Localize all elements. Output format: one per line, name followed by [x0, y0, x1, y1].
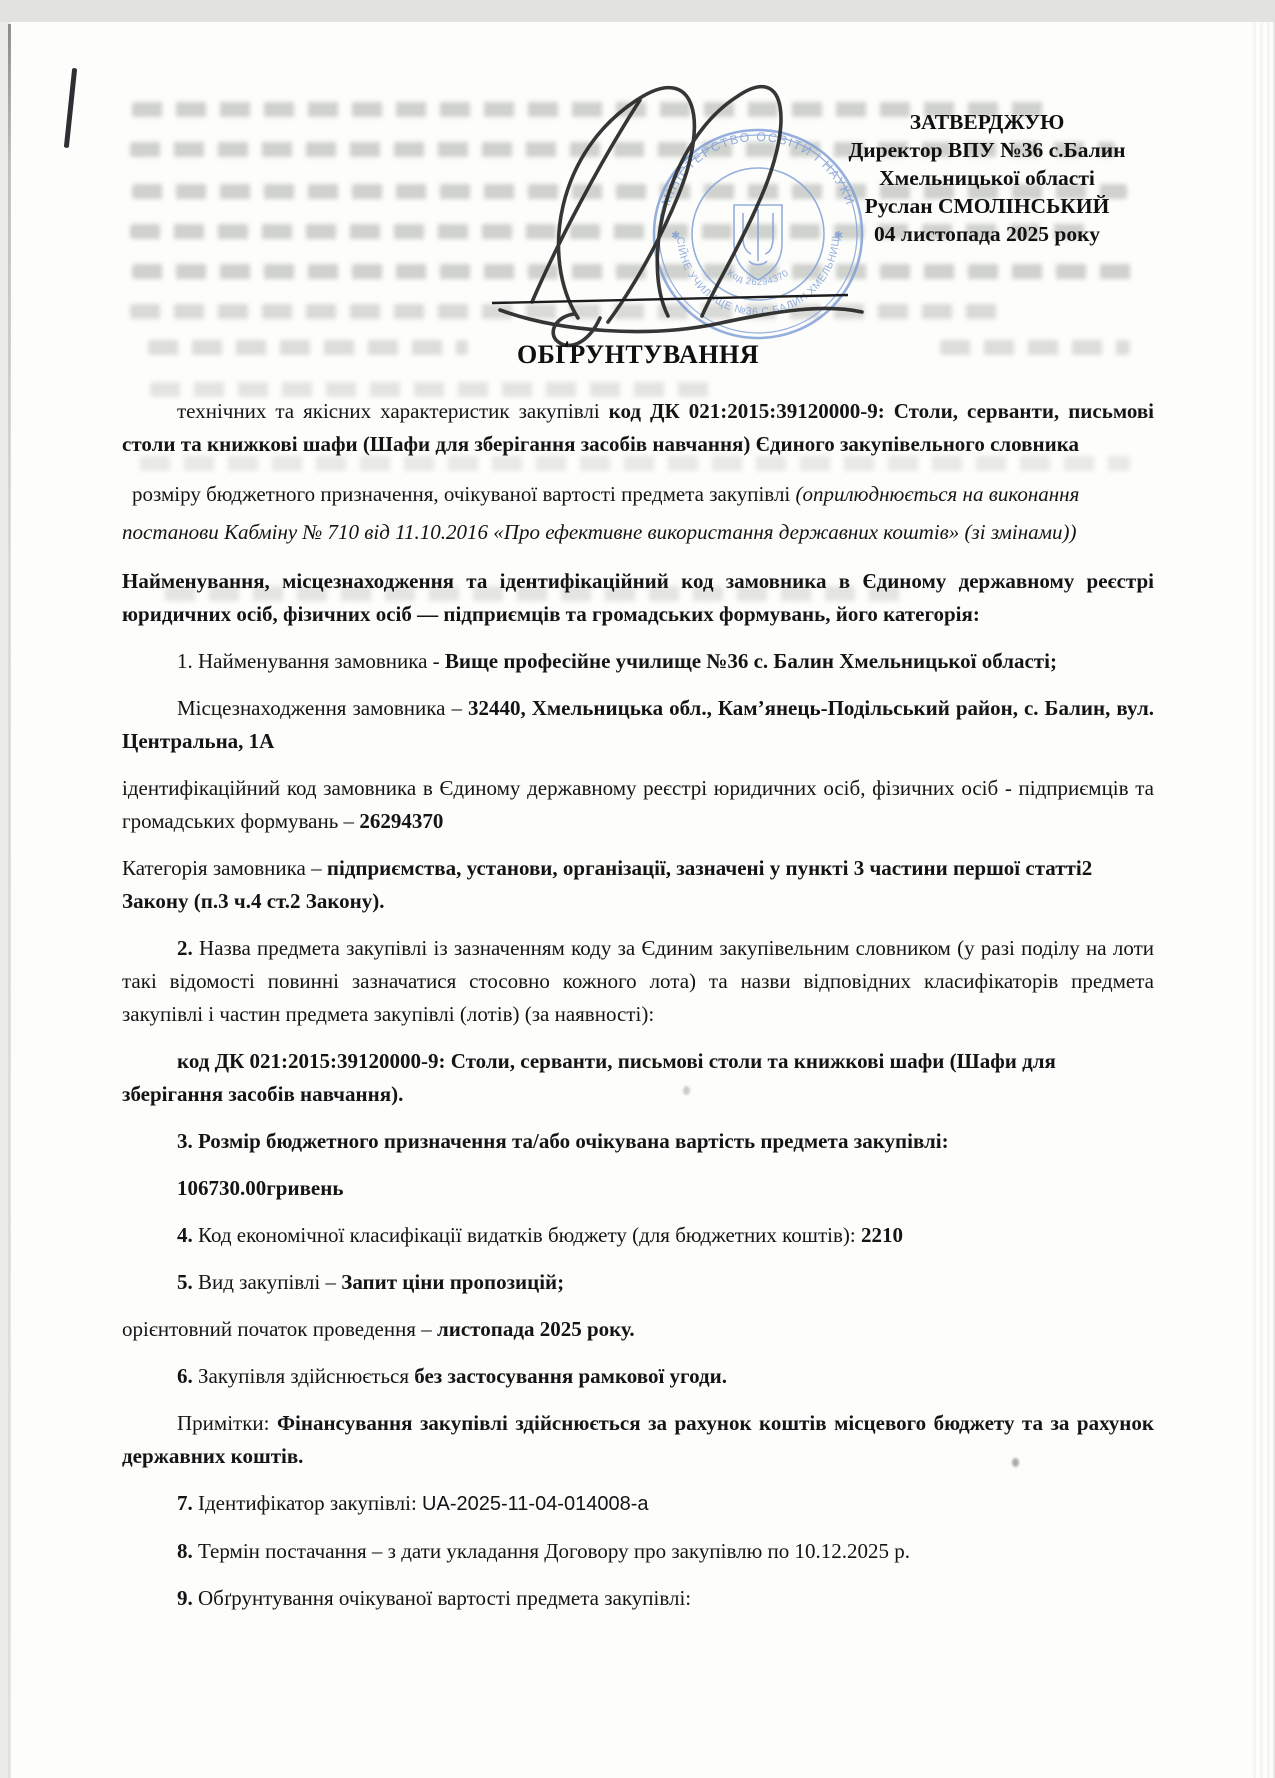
text-run: ідентифікаційний код замовника в Єдиному…	[122, 776, 1154, 833]
text-run: код ДК 021:2015:39120000-9: Столи, серва…	[122, 1049, 1056, 1106]
text-run: Закупівля здійснюється	[193, 1364, 415, 1388]
text-run: Запит ціни пропозицій;	[341, 1270, 564, 1294]
scan-top-band	[0, 0, 1275, 22]
text-run: Фінансування закупівлі здійснюється за р…	[122, 1411, 1154, 1468]
para-item9: 9. Обґрунтування очікуваної вартості пре…	[122, 1582, 1154, 1615]
text-run: 106730.00гривень	[177, 1176, 343, 1200]
para-item4: 4. Код економічної класифікації видатків…	[122, 1219, 1154, 1252]
document-title: ОБҐРУНТУВАННЯ	[122, 338, 1154, 371]
text-run: 4.	[177, 1223, 193, 1247]
text-run: 9.	[177, 1586, 193, 1610]
bleed-through-line	[132, 264, 1132, 279]
para-item7: 7. Ідентифікатор закупівлі: UA-2025-11-0…	[122, 1487, 1154, 1521]
text-run: 26294370	[359, 809, 443, 833]
scan-right-streaks	[1253, 22, 1275, 1778]
text-run: 7.	[177, 1491, 193, 1515]
document-body: ОБҐРУНТУВАННЯ технічних та якісних харак…	[122, 338, 1154, 1629]
stamp-star-right: ✱	[834, 230, 843, 242]
para-item6: 6. Закупівля здійснюється без застосуван…	[122, 1360, 1154, 1393]
text-run: 1. Найменування замовника -	[177, 649, 445, 673]
text-run: Обґрунтування очікуваної вартості предме…	[193, 1586, 691, 1610]
text-run: 8.	[177, 1539, 193, 1563]
text-run: UA-2025-11-04-014008-a	[422, 1493, 648, 1515]
para-amount: 106730.00гривень	[122, 1172, 1154, 1205]
document-paragraphs: технічних та якісних характеристик закуп…	[122, 395, 1154, 1615]
stamp-star-left: ✱	[671, 230, 680, 242]
stamp-code-text: Код 26294370	[725, 268, 791, 288]
text-run: листопада 2025 року.	[437, 1317, 635, 1341]
text-run: Вище професійне училище №36 с. Балин Хме…	[445, 649, 1057, 673]
para-notes: Примітки: Фінансування закупівлі здійсню…	[122, 1407, 1154, 1473]
text-run: 2.	[177, 936, 193, 960]
para-item3: 3. Розмір бюджетного призначення та/або …	[122, 1125, 1154, 1158]
text-run: Вид закупівлі –	[193, 1270, 341, 1294]
para-item2: 2. Назва предмета закупівлі із зазначенн…	[122, 932, 1154, 1031]
text-run: без застосування рамкової угоди.	[414, 1364, 727, 1388]
para-budget-purpose: розміру бюджетного призначення, очікуван…	[122, 475, 1154, 551]
text-run: Термін постачання – з дати укладання Дог…	[193, 1539, 910, 1563]
text-run: Категорія замовника –	[122, 856, 327, 880]
text-run: Код економічної класифікації видатків бю…	[193, 1223, 861, 1247]
paper-left-edge	[8, 24, 11, 1778]
text-run: 6.	[177, 1364, 193, 1388]
text-run: Назва предмета закупівлі із зазначенням …	[122, 936, 1154, 1026]
para-customer-location: Місцезнаходження замовника – 32440, Хмел…	[122, 692, 1154, 758]
text-run: Місцезнаходження замовника –	[177, 696, 468, 720]
para-customer-id-code: ідентифікаційний код замовника в Єдиному…	[122, 772, 1154, 838]
para-subject: технічних та якісних характеристик закуп…	[122, 395, 1154, 461]
text-run: технічних та якісних характеристик закуп…	[177, 399, 609, 423]
text-run: орієнтовний початок проведення –	[122, 1317, 437, 1341]
para-customer-name: 1. Найменування замовника - Вище професі…	[122, 645, 1154, 678]
bleed-through-line	[130, 304, 1010, 319]
scanned-document-page: { "approval": { "lines": [ "ЗАТВЕРДЖУЮ",…	[0, 0, 1275, 1778]
para-item5: 5. Вид закупівлі – Запит ціни пропозицій…	[122, 1266, 1154, 1299]
text-run: Найменування, місцезнаходження та іденти…	[122, 569, 1154, 626]
text-run: 5.	[177, 1270, 193, 1294]
para-item8: 8. Термін постачання – з дати укладання …	[122, 1535, 1154, 1568]
para-customer-heading: Найменування, місцезнаходження та іденти…	[122, 565, 1154, 631]
text-run: Ідентифікатор закупівлі:	[193, 1491, 422, 1515]
text-run: 3. Розмір бюджетного призначення та/або …	[177, 1129, 949, 1153]
official-stamp-icon: МІНІСТЕРСТВО ОСВІТИ І НАУКИ ВИЩЕ ПРОФЕСІ…	[645, 121, 871, 347]
para-start-date: орієнтовний початок проведення – листопа…	[122, 1313, 1154, 1346]
para-customer-category: Категорія замовника – підприємства, уста…	[122, 852, 1154, 918]
text-run: Примітки:	[177, 1411, 277, 1435]
text-run: 2210	[861, 1223, 903, 1247]
para-dk-code: код ДК 021:2015:39120000-9: Столи, серва…	[122, 1045, 1154, 1111]
text-run: розміру бюджетного призначення, очікуван…	[132, 482, 796, 506]
stamp-trident-icon	[734, 205, 782, 280]
